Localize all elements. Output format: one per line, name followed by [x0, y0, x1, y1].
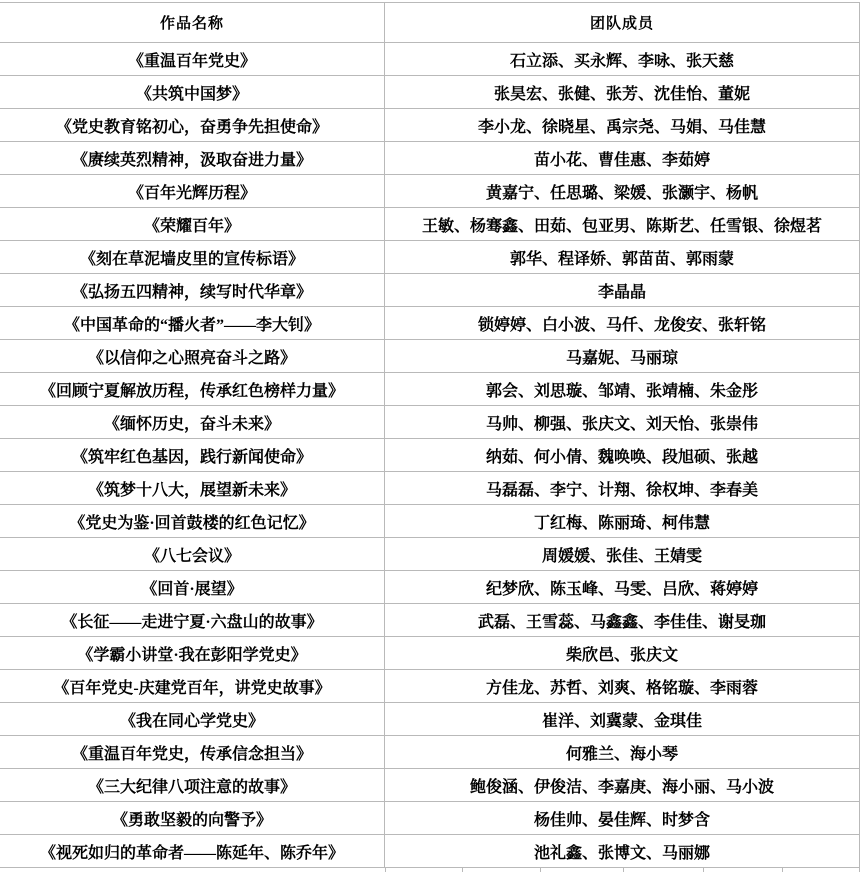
team-members-cell: 马磊磊、李宁、计翔、徐权坤、李春美 [385, 472, 860, 504]
team-members-cell: 黄嘉宁、任思璐、梁媛、张灏宇、杨帆 [385, 175, 860, 207]
table-row: 《弘扬五四精神，续写时代华章》李晶晶 [0, 274, 860, 307]
team-members-cell: 王敏、杨骞鑫、田茹、包亚男、陈斯艺、任雪银、徐煜茗 [385, 208, 860, 240]
team-members-cell: 杨佳帅、晏佳辉、时梦含 [385, 802, 860, 834]
table-row: 《刻在草泥墙皮里的宣传标语》郭华、程译娇、郭苗苗、郭雨蒙 [0, 241, 860, 274]
team-members-cell: 石立添、买永辉、李咏、张天慈 [385, 43, 860, 75]
work-title-cell: 《弘扬五四精神，续写时代华章》 [0, 274, 385, 306]
table-body: 《重温百年党史》石立添、买永辉、李咏、张天慈《共筑中国梦》张昊宏、张健、张芳、沈… [0, 43, 860, 868]
table-row: 《长征——走进宁夏·六盘山的故事》武磊、王雪蕊、马鑫鑫、李佳佳、谢旻珈 [0, 604, 860, 637]
work-title-cell: 《以信仰之心照亮奋斗之路》 [0, 340, 385, 372]
team-members-cell: 锁婷婷、白小波、马仟、龙俊安、张轩铭 [385, 307, 860, 339]
table-row: 《缅怀历史，奋斗未来》马帅、柳强、张庆文、刘天怡、张崇伟 [0, 406, 860, 439]
works-table: 作品名称 团队成员 《重温百年党史》石立添、买永辉、李咏、张天慈《共筑中国梦》张… [0, 2, 860, 872]
table-row: 《三大纪律八项注意的故事》鲍俊涵、伊俊洁、李嘉庚、海小丽、马小波 [0, 769, 860, 802]
table-row: 《党史教育铭初心，奋勇争先担使命》李小龙、徐晓星、禹宗尧、马娟、马佳慧 [0, 109, 860, 142]
work-title-cell: 《缅怀历史，奋斗未来》 [0, 406, 385, 438]
table-row: 《百年党史-庆建党百年，讲党史故事》方佳龙、苏哲、刘爽、格铭璇、李雨蓉 [0, 670, 860, 703]
work-title-cell: 《筑梦十八大，展望新未来》 [0, 472, 385, 504]
work-title-cell: 《视死如归的革命者——陈延年、陈乔年》 [0, 835, 385, 867]
work-title-cell: 《三大纪律八项注意的故事》 [0, 769, 385, 801]
work-title-cell: 《百年光辉历程》 [0, 175, 385, 207]
table-row: 《赓续英烈精神，汲取奋进力量》苗小花、曹佳惠、李茹婷 [0, 142, 860, 175]
work-title-cell: 《荣耀百年》 [0, 208, 385, 240]
cell-divider-tick [623, 868, 624, 872]
team-members-cell: 郭华、程译娇、郭苗苗、郭雨蒙 [385, 241, 860, 273]
table-row: 《共筑中国梦》张昊宏、张健、张芳、沈佳怡、董妮 [0, 76, 860, 109]
table-row: 《党史为鉴·回首鼓楼的红色记忆》丁红梅、陈丽琦、柯伟慧 [0, 505, 860, 538]
team-members-cell: 何雅兰、海小琴 [385, 736, 860, 768]
work-title-cell: 《回首·展望》 [0, 571, 385, 603]
table-row: 《学霸小讲堂·我在彭阳学党史》柴欣邑、张庆文 [0, 637, 860, 670]
team-members-cell: 池礼鑫、张博文、马丽娜 [385, 835, 860, 867]
table-row: 《筑牢红色基因，践行新闻使命》纳茹、何小倩、魏唤唤、段旭硕、张越 [0, 439, 860, 472]
work-title-cell: 《学霸小讲堂·我在彭阳学党史》 [0, 637, 385, 669]
work-title-cell: 《党史为鉴·回首鼓楼的红色记忆》 [0, 505, 385, 537]
team-members-cell: 鲍俊涵、伊俊洁、李嘉庚、海小丽、马小波 [385, 769, 860, 801]
work-title-cell: 《我在同心学党史》 [0, 703, 385, 735]
cell-divider-tick [782, 868, 783, 872]
team-members-cell: 武磊、王雪蕊、马鑫鑫、李佳佳、谢旻珈 [385, 604, 860, 636]
cell-divider-tick [703, 868, 704, 872]
column-header-team-members: 团队成员 [385, 3, 860, 42]
cell-divider-tick [462, 868, 463, 872]
work-title-cell: 《重温百年党史》 [0, 43, 385, 75]
table-row: 《中国革命的“播火者”——李大钊》锁婷婷、白小波、马仟、龙俊安、张轩铭 [0, 307, 860, 340]
table-row: 《重温百年党史》石立添、买永辉、李咏、张天慈 [0, 43, 860, 76]
table-row: 《回首·展望》纪梦欣、陈玉峰、马雯、吕欣、蒋婷婷 [0, 571, 860, 604]
work-title-cell: 《长征——走进宁夏·六盘山的故事》 [0, 604, 385, 636]
team-members-cell: 方佳龙、苏哲、刘爽、格铭璇、李雨蓉 [385, 670, 860, 702]
team-members-cell: 纪梦欣、陈玉峰、马雯、吕欣、蒋婷婷 [385, 571, 860, 603]
partial-next-row [0, 868, 860, 872]
table-row: 《重温百年党史，传承信念担当》何雅兰、海小琴 [0, 736, 860, 769]
table-header-row: 作品名称 团队成员 [0, 3, 860, 43]
table-row: 《筑梦十八大，展望新未来》马磊磊、李宁、计翔、徐权坤、李春美 [0, 472, 860, 505]
team-members-cell: 纳茹、何小倩、魏唤唤、段旭硕、张越 [385, 439, 860, 471]
cell-divider-tick [385, 868, 386, 872]
team-members-cell: 柴欣邑、张庆文 [385, 637, 860, 669]
work-title-cell: 《八七会议》 [0, 538, 385, 570]
team-members-cell: 郭会、刘思璇、邹靖、张靖楠、朱金彤 [385, 373, 860, 405]
work-title-cell: 《重温百年党史，传承信念担当》 [0, 736, 385, 768]
column-header-work-title: 作品名称 [0, 3, 385, 42]
cell-divider-tick [540, 868, 541, 872]
team-members-cell: 张昊宏、张健、张芳、沈佳怡、董妮 [385, 76, 860, 108]
work-title-cell: 《赓续英烈精神，汲取奋进力量》 [0, 142, 385, 174]
cell-divider-tick [859, 868, 860, 872]
table-row: 《八七会议》周媛媛、张佳、王婧雯 [0, 538, 860, 571]
table-row: 《以信仰之心照亮奋斗之路》马嘉妮、马丽琼 [0, 340, 860, 373]
team-members-cell: 李晶晶 [385, 274, 860, 306]
team-members-cell: 马帅、柳强、张庆文、刘天怡、张崇伟 [385, 406, 860, 438]
team-members-cell: 丁红梅、陈丽琦、柯伟慧 [385, 505, 860, 537]
table-row: 《回顾宁夏解放历程，传承红色榜样力量》郭会、刘思璇、邹靖、张靖楠、朱金彤 [0, 373, 860, 406]
work-title-cell: 《勇敢坚毅的向警予》 [0, 802, 385, 834]
document-page: 作品名称 团队成员 《重温百年党史》石立添、买永辉、李咏、张天慈《共筑中国梦》张… [0, 0, 863, 872]
team-members-cell: 李小龙、徐晓星、禹宗尧、马娟、马佳慧 [385, 109, 860, 141]
table-row: 《视死如归的革命者——陈延年、陈乔年》池礼鑫、张博文、马丽娜 [0, 835, 860, 868]
work-title-cell: 《筑牢红色基因，践行新闻使命》 [0, 439, 385, 471]
work-title-cell: 《党史教育铭初心，奋勇争先担使命》 [0, 109, 385, 141]
table-row: 《荣耀百年》王敏、杨骞鑫、田茹、包亚男、陈斯艺、任雪银、徐煜茗 [0, 208, 860, 241]
team-members-cell: 马嘉妮、马丽琼 [385, 340, 860, 372]
table-row: 《我在同心学党史》崔洋、刘冀蒙、金琪佳 [0, 703, 860, 736]
team-members-cell: 崔洋、刘冀蒙、金琪佳 [385, 703, 860, 735]
table-row: 《百年光辉历程》黄嘉宁、任思璐、梁媛、张灏宇、杨帆 [0, 175, 860, 208]
work-title-cell: 《刻在草泥墙皮里的宣传标语》 [0, 241, 385, 273]
work-title-cell: 《回顾宁夏解放历程，传承红色榜样力量》 [0, 373, 385, 405]
table-row: 《勇敢坚毅的向警予》杨佳帅、晏佳辉、时梦含 [0, 802, 860, 835]
team-members-cell: 苗小花、曹佳惠、李茹婷 [385, 142, 860, 174]
work-title-cell: 《百年党史-庆建党百年，讲党史故事》 [0, 670, 385, 702]
work-title-cell: 《中国革命的“播火者”——李大钊》 [0, 307, 385, 339]
team-members-cell: 周媛媛、张佳、王婧雯 [385, 538, 860, 570]
work-title-cell: 《共筑中国梦》 [0, 76, 385, 108]
